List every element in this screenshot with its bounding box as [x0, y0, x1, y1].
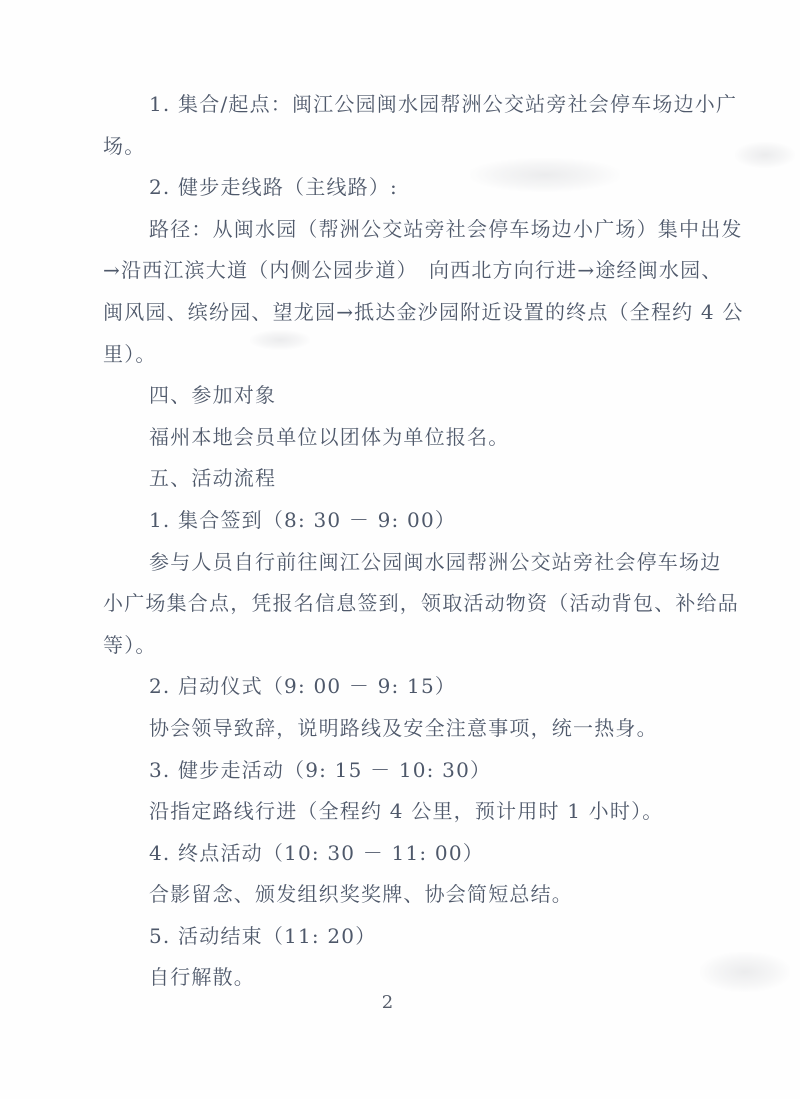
document-line: 协会领导致辞，说明路线及安全注意事项，统一热身。: [103, 708, 709, 750]
page-number: 2: [0, 988, 775, 1018]
document-line: 2. 健步走线路（主线路）:: [103, 167, 709, 209]
document-line: 等）。: [103, 625, 709, 667]
document-line: 1. 集合/起点：闽江公园闽水园帮洲公交站旁社会停车场边小广: [103, 84, 709, 126]
document-line: 4. 终点活动（10: 30 － 11: 00）: [103, 833, 709, 875]
document-section-heading: 五、活动流程: [103, 458, 709, 500]
document-line: 小广场集合点，凭报名信息签到，领取活动物资（活动背包、补给品: [103, 583, 709, 625]
document-line: 合影留念、颁发组织奖奖牌、协会简短总结。: [103, 874, 709, 916]
scan-smudge: [735, 142, 795, 168]
document-line: 场。: [103, 126, 709, 168]
document-section-heading: 四、参加对象: [103, 375, 709, 417]
document-line: 路径：从闽水园（帮洲公交站旁社会停车场边小广场）集中出发: [103, 209, 709, 251]
document-line: 3. 健步走活动（9: 15 － 10: 30）: [103, 750, 709, 792]
scan-smudge: [700, 952, 790, 992]
document-line: 福州本地会员单位以团体为单位报名。: [103, 417, 709, 459]
document-line: 1. 集合签到（8: 30 － 9: 00）: [103, 500, 709, 542]
document-line: 参与人员自行前往闽江公园闽水园帮洲公交站旁社会停车场边: [103, 542, 709, 584]
document-line: 5. 活动结束（11: 20）: [103, 916, 709, 958]
document-line: →沿西江滨大道（内侧公园步道） 向西北方向行进→途经闽水园、: [103, 250, 709, 292]
document-line: 闽风园、缤纷园、望龙园→抵达金沙园附近设置的终点（全程约 4 公: [103, 292, 709, 334]
document-body: 1. 集合/起点：闽江公园闽水园帮洲公交站旁社会停车场边小广 场。 2. 健步走…: [103, 84, 709, 999]
document-line: 里）。: [103, 334, 709, 376]
document-line: 2. 启动仪式（9: 00 － 9: 15）: [103, 666, 709, 708]
document-page: 1. 集合/起点：闽江公园闽水园帮洲公交站旁社会停车场边小广 场。 2. 健步走…: [0, 0, 800, 1099]
document-line: 沿指定路线行进（全程约 4 公里，预计用时 1 小时）。: [103, 791, 709, 833]
